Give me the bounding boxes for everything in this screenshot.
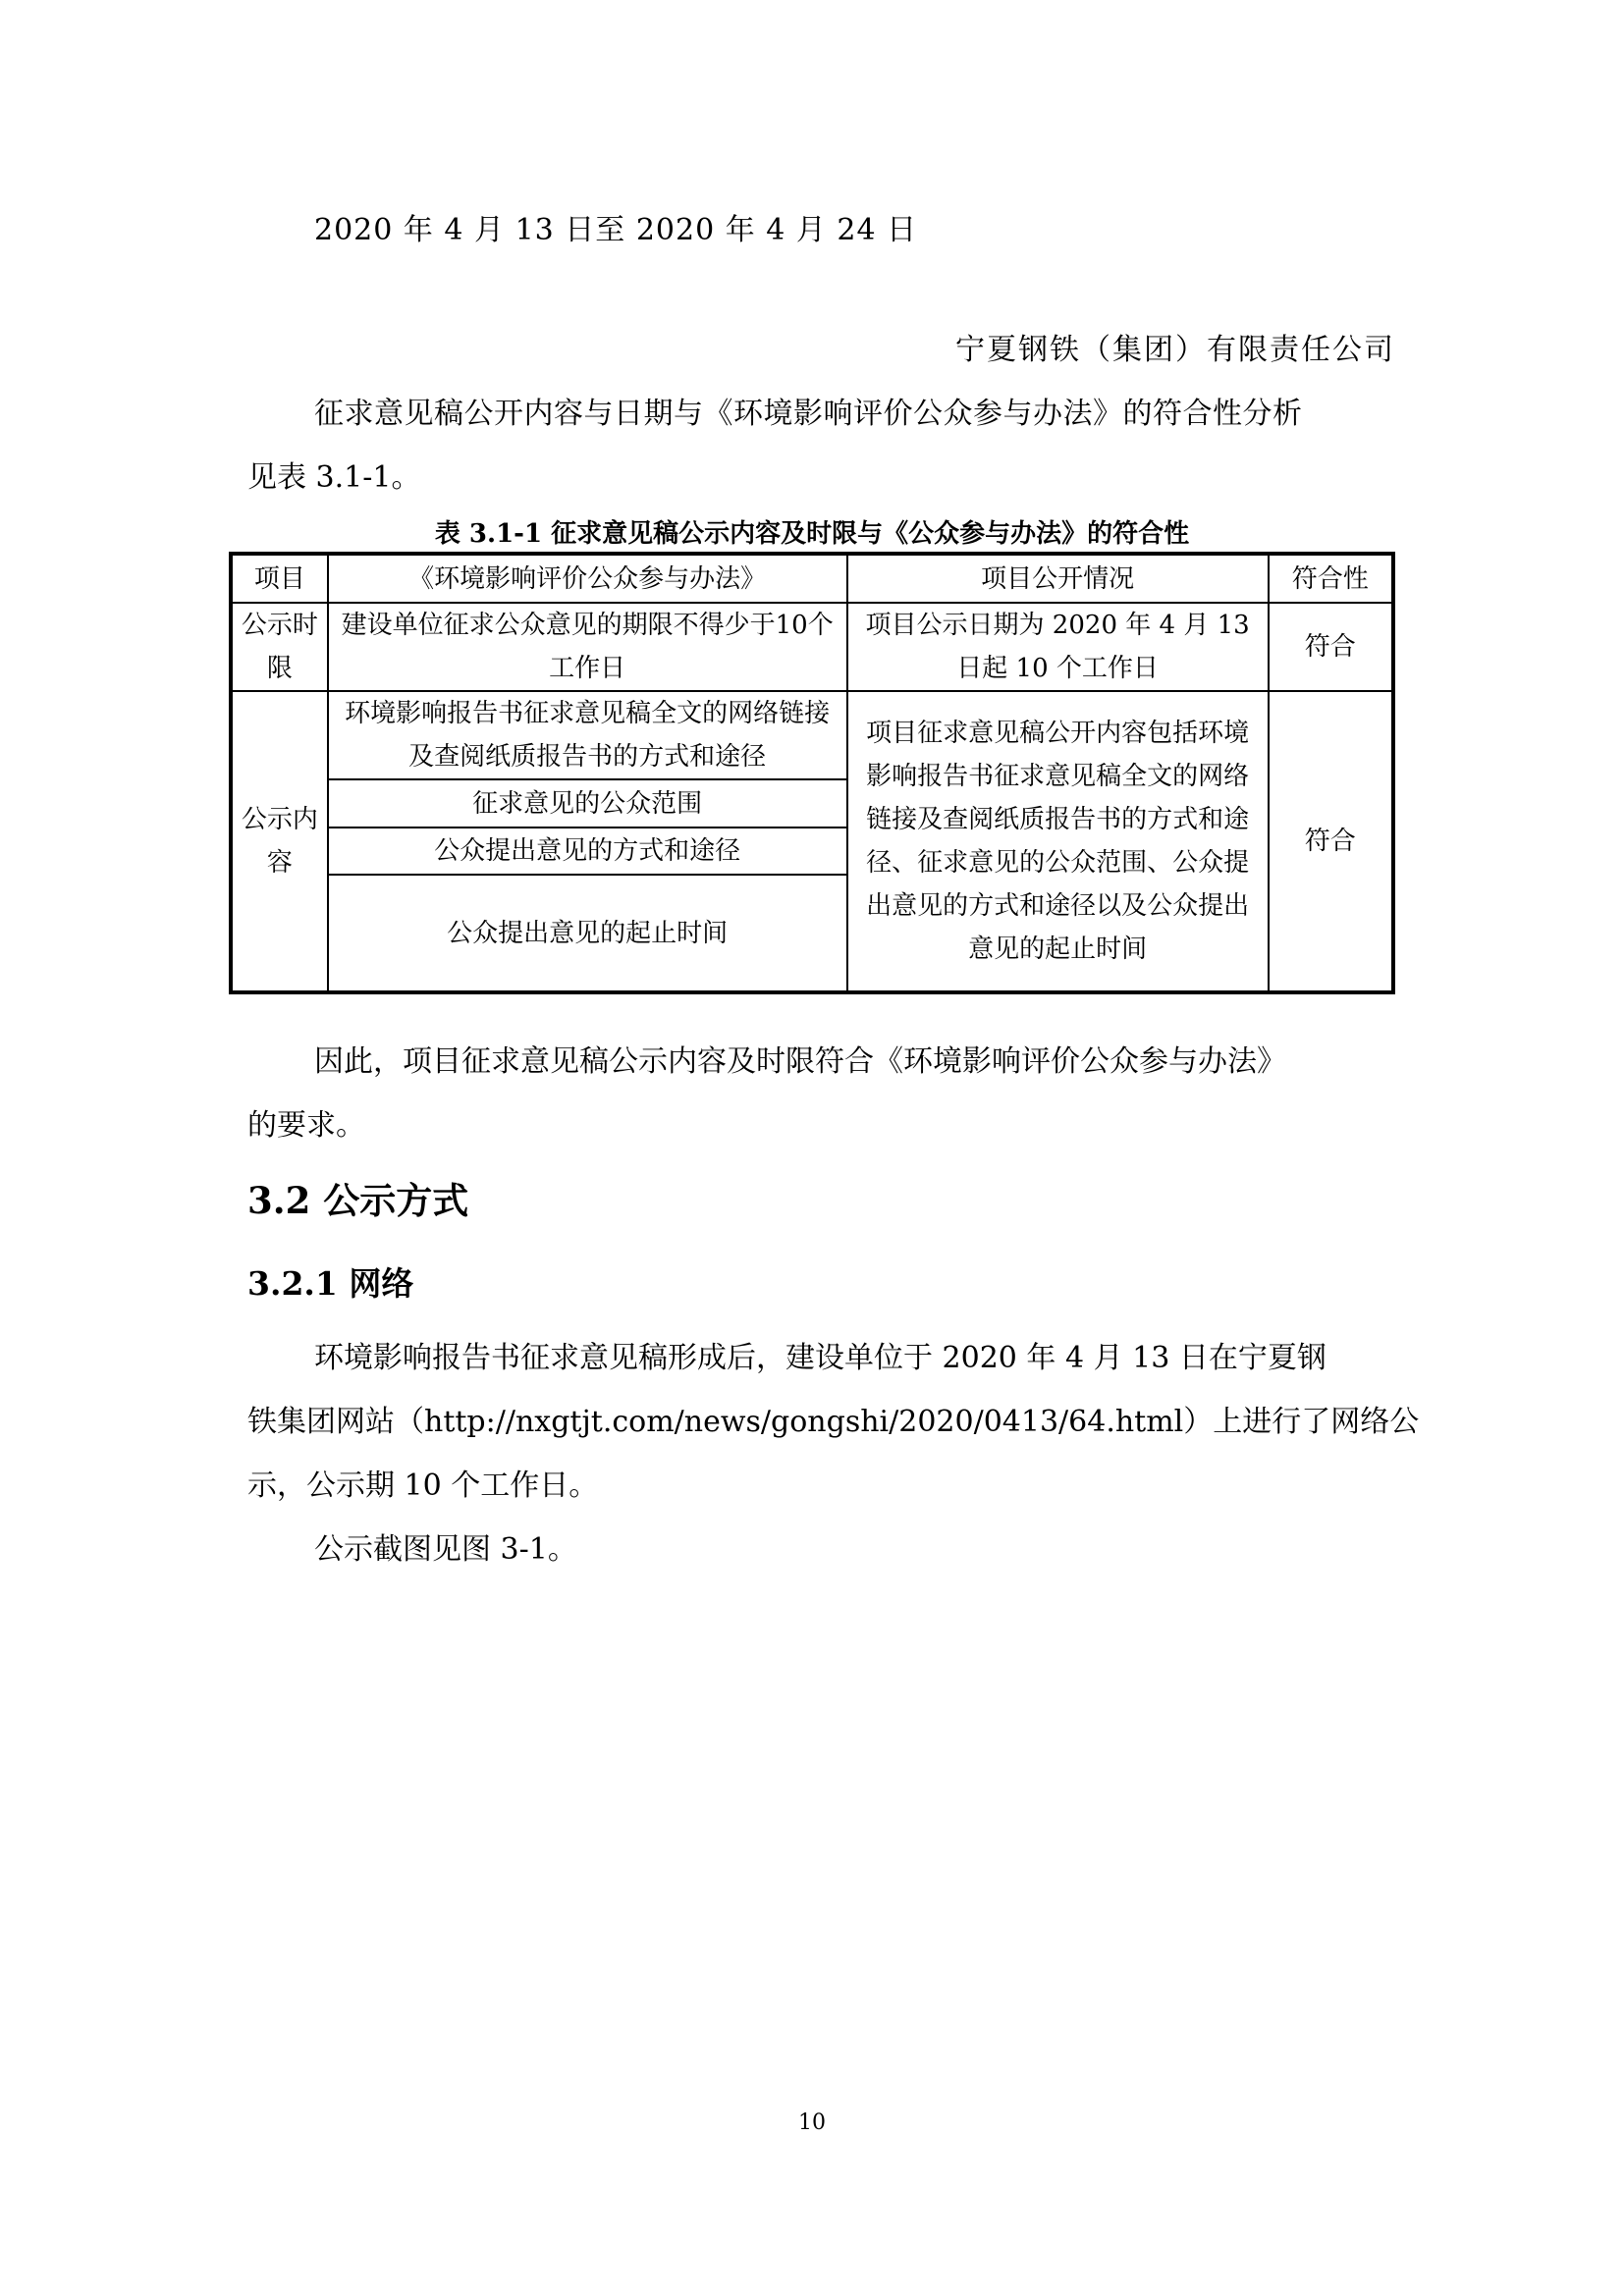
- paragraph-network-line1: 环境影响报告书征求意见稿形成后，建设单位于 2020 年 4 月 13 日在宁夏…: [314, 1337, 1326, 1380]
- requirement-cell: 公众提出意见的起止时间: [328, 875, 847, 992]
- table-caption: 表 3.1-1 征求意见稿公示内容及时限与《公众参与办法》的符合性: [0, 516, 1624, 552]
- item-cell: 公示内容: [231, 691, 328, 992]
- paragraph-conclusion-line2: 的要求。: [247, 1104, 365, 1148]
- compliance-table: 项目 《环境影响评价公众参与办法》 项目公开情况 符合性 公示时限 建设单位征求…: [229, 552, 1395, 994]
- compliance-cell: 符合: [1269, 603, 1393, 691]
- subsection-heading: 3.2.1 网络: [247, 1258, 413, 1309]
- paragraph-intro-line1: 征求意见稿公开内容与日期与《环境影响评价公众参与办法》的符合性分析: [314, 393, 1303, 436]
- table-row: 公示内容 环境影响报告书征求意见稿全文的网络链接及查阅纸质报告书的方式和途径 项…: [231, 691, 1393, 779]
- paragraph-figure-reference: 公示截图见图 3-1。: [314, 1528, 577, 1572]
- requirement-cell: 公众提出意见的方式和途径: [328, 828, 847, 875]
- compliance-cell: 符合: [1269, 691, 1393, 992]
- paragraph-intro-line2: 见表 3.1-1。: [247, 456, 420, 500]
- status-cell: 项目公示日期为 2020 年 4 月 13 日起 10 个工作日: [847, 603, 1269, 691]
- page-number: 10: [0, 2110, 1624, 2135]
- header-cell: 项目: [231, 554, 328, 603]
- header-cell: 项目公开情况: [847, 554, 1269, 603]
- table-header-row: 项目 《环境影响评价公众参与办法》 项目公开情况 符合性: [231, 554, 1393, 603]
- paragraph-network-line3: 示，公示期 10 个工作日。: [247, 1465, 598, 1508]
- paragraph-network-line2: 铁集团网站（http://nxgtjt.com/news/gongshi/202…: [247, 1401, 1419, 1444]
- requirement-cell: 征求意见的公众范围: [328, 779, 847, 828]
- company-signature: 宁夏钢铁（集团）有限责任公司: [955, 329, 1395, 372]
- requirement-cell: 环境影响报告书征求意见稿全文的网络链接及查阅纸质报告书的方式和途径: [328, 691, 847, 779]
- section-heading: 3.2 公示方式: [247, 1171, 468, 1230]
- paragraph-conclusion-line1: 因此，项目征求意见稿公示内容及时限符合《环境影响评价公众参与办法》: [314, 1041, 1286, 1084]
- header-cell: 符合性: [1269, 554, 1393, 603]
- item-cell: 公示时限: [231, 603, 328, 691]
- header-cell: 《环境影响评价公众参与办法》: [328, 554, 847, 603]
- table-row: 公示时限 建设单位征求公众意见的期限不得少于10个工作日 项目公示日期为 202…: [231, 603, 1393, 691]
- requirement-cell: 建设单位征求公众意见的期限不得少于10个工作日: [328, 603, 847, 691]
- date-range: 2020 年 4 月 13 日至 2020 年 4 月 24 日: [314, 209, 917, 252]
- status-cell: 项目征求意见稿公开内容包括环境影响报告书征求意见稿全文的网络链接及查阅纸质报告书…: [847, 691, 1269, 992]
